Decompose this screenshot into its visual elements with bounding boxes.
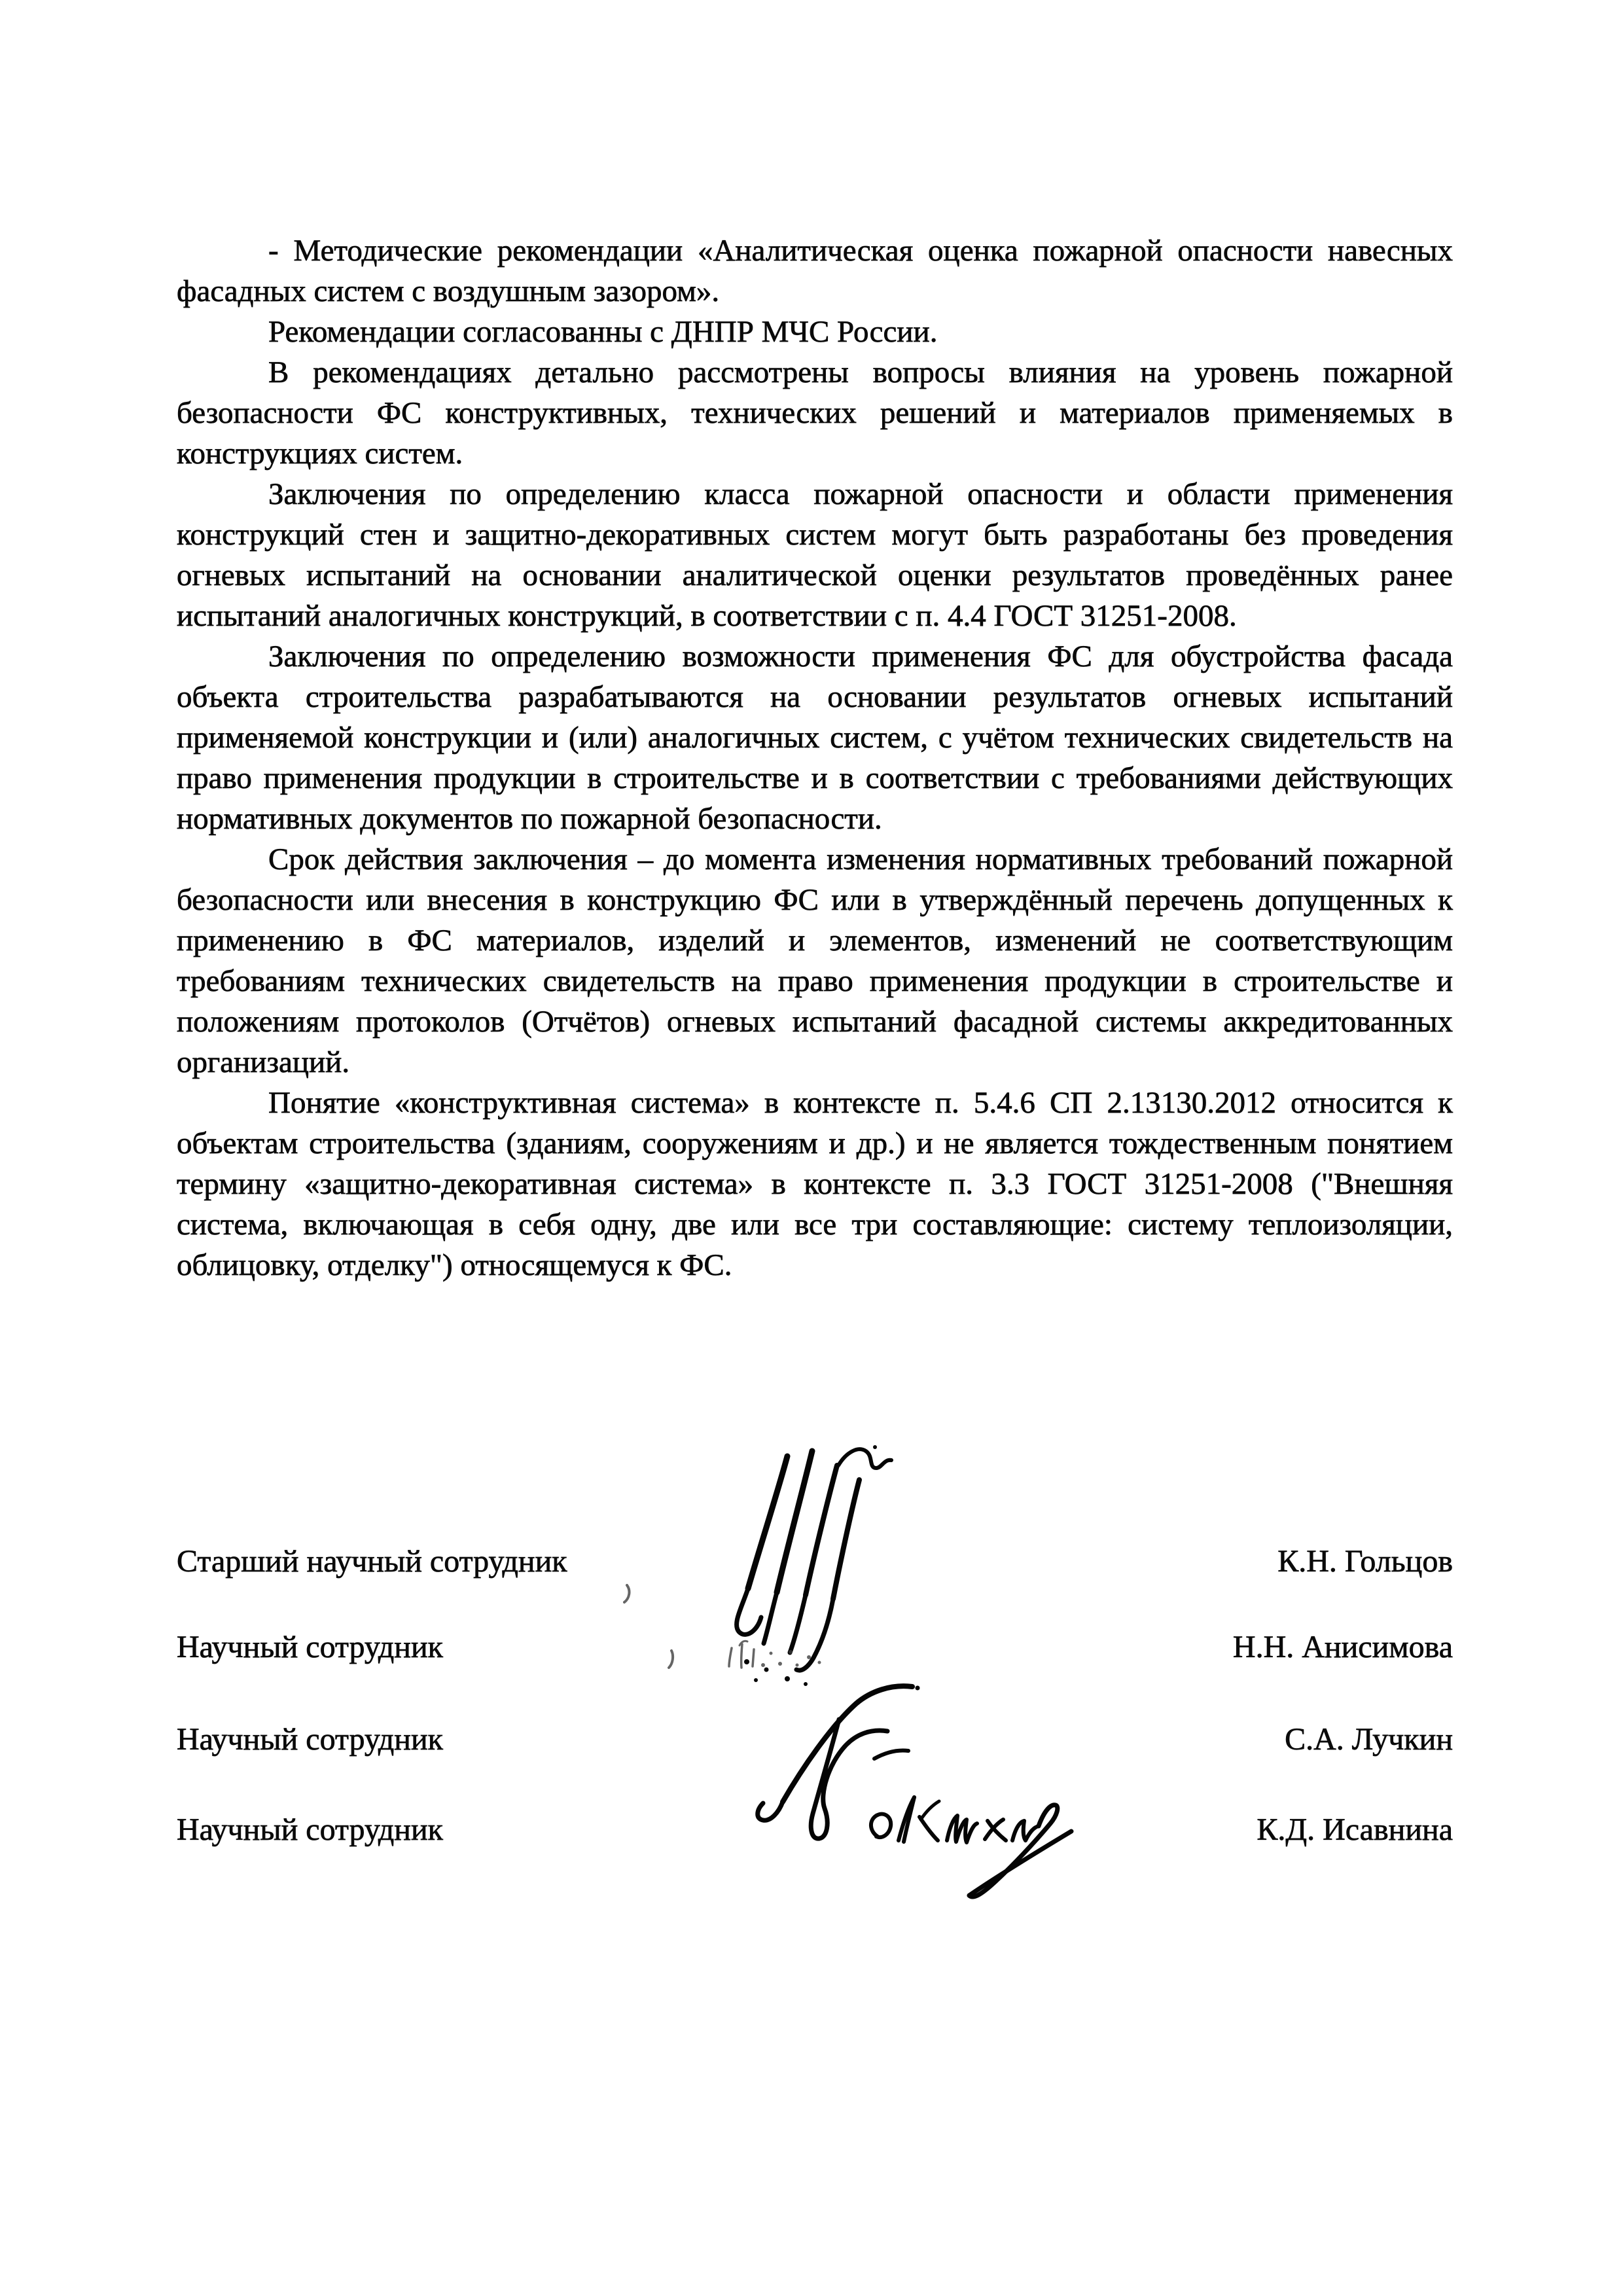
- signatory-name: Н.Н. Анисимова: [1233, 1627, 1453, 1668]
- paragraph-term-definition: Понятие «конструктивная система» в конте…: [177, 1083, 1453, 1285]
- paragraph-conclusions-class: Заключения по определению класса пожарно…: [177, 474, 1453, 636]
- signatory-name: К.Н. Гольцов: [1277, 1541, 1453, 1582]
- signature-row-researcher-3: Научный сотрудник К.Д. Исавнина: [177, 1810, 1453, 1850]
- signatory-title: Научный сотрудник: [177, 1810, 443, 1850]
- paragraph-conclusions-application: Заключения по определению возможности пр…: [177, 636, 1453, 839]
- signature-row-senior-researcher: Старший научный сотрудник К.Н. Гольцов: [177, 1541, 1453, 1582]
- signatory-name: К.Д. Исавнина: [1257, 1810, 1453, 1850]
- signatory-title: Научный сотрудник: [177, 1719, 443, 1760]
- signature-row-researcher-1: Научный сотрудник Н.Н. Анисимова: [177, 1627, 1453, 1668]
- document-body-text: - Методические рекомендации «Аналитическ…: [177, 230, 1453, 1285]
- paragraph-recommendations-content: В рекомендациях детально рассмотрены воп…: [177, 352, 1453, 474]
- signature-row-researcher-2: Научный сотрудник С.А. Лучкин: [177, 1719, 1453, 1760]
- paragraph-recommendations-title: - Методические рекомендации «Аналитическ…: [177, 230, 1453, 312]
- scanned-document-page: - Методические рекомендации «Аналитическ…: [0, 0, 1623, 2296]
- signatory-title: Старший научный сотрудник: [177, 1541, 567, 1582]
- paragraph-validity-period: Срок действия заключения – до момента из…: [177, 839, 1453, 1083]
- signatory-title: Научный сотрудник: [177, 1627, 443, 1668]
- signatory-name: С.А. Лучкин: [1285, 1719, 1453, 1760]
- paragraph-agreed-with: Рекомендации согласованны с ДНПР МЧС Рос…: [177, 312, 1453, 352]
